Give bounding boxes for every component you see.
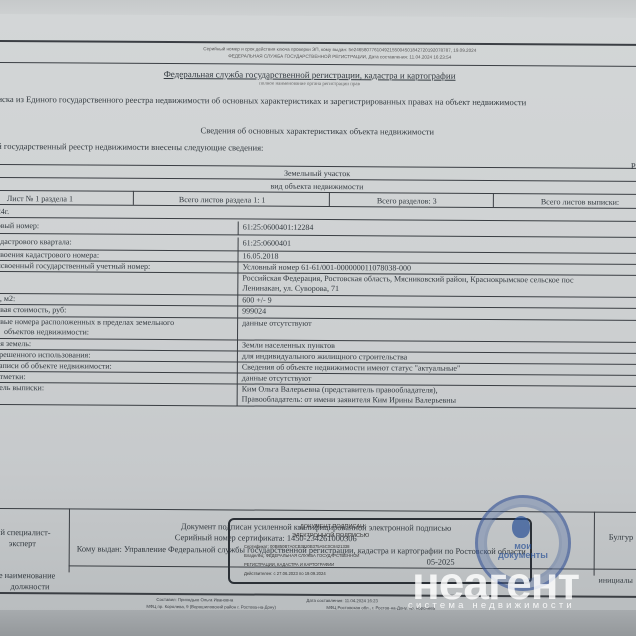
stamp-line-1: ДОКУМЕНТ ПОДПИСАН <box>300 524 364 530</box>
stamp-owner-2: РЕГИСТРАЦИИ, КАДАСТРА И КАРТОГРАФИИ <box>244 562 334 567</box>
divider <box>237 294 238 305</box>
divider <box>237 350 238 361</box>
stamp-owner: Владелец: ФЕДЕРАЛЬНАЯ СЛУЖБА ГОСУДАРСТВЕ… <box>244 553 359 558</box>
footer-date: Дата составления: 11.04.2024 16:23 <box>306 598 377 603</box>
total-sheets: Всего листов выписки: <box>541 197 619 206</box>
divider <box>237 372 238 383</box>
row-label: зрешенного использования: <box>0 350 90 360</box>
row-value-2: Ленинакан, ул. Суворова, 71 <box>242 283 339 293</box>
row-label: ия земель: <box>0 339 31 349</box>
row-value: Ким Ольга Валерьевна (представитель прав… <box>242 384 438 395</box>
row-label: тель выписки: <box>0 383 44 393</box>
divider <box>237 317 238 339</box>
row-value: для индивидуального жилищного строительс… <box>242 351 407 362</box>
title-caption-2: должности <box>10 582 49 591</box>
document-title: иска из Единого государственного реестра… <box>0 94 526 107</box>
divider <box>237 383 238 405</box>
row-value: 999024 <box>242 306 266 316</box>
row-label: овые номера расположенных в пределах зем… <box>0 317 174 328</box>
sheet-number: Лист № 1 раздела 1 <box>7 194 73 203</box>
divider <box>238 221 239 234</box>
signer-position: ый специалист- <box>0 528 51 537</box>
footer-mfc: МФЦ пр. Королева, 9 (Ворошиловский район… <box>146 604 276 610</box>
divider <box>237 261 238 272</box>
footer-composer: Составил: Приходько Ольга Ивановна <box>156 597 233 602</box>
total-sheets-section: Всего листов раздела 1: 1 <box>179 195 266 205</box>
watermark-tagline: система недвижимости <box>408 600 575 611</box>
date-row: 24г. <box>0 207 9 216</box>
divider <box>237 305 238 317</box>
divider <box>594 512 595 576</box>
divider <box>237 339 238 350</box>
agency-caption: полное наименование органа регистрации п… <box>0 80 620 89</box>
divider <box>238 237 239 250</box>
stamp-line-2: ЭЛЕКТРОННОЙ ПОДПИСЬЮ <box>292 533 369 539</box>
row-label: записи об объекте недвижимости: <box>0 361 112 371</box>
divider <box>237 250 238 261</box>
section-label: Разд <box>631 161 636 171</box>
signer-position-2: эксперт <box>9 539 36 548</box>
divider <box>493 193 494 207</box>
row-label: отметки: <box>0 372 26 382</box>
row-label: исвоенный государственный учетный номер: <box>0 261 150 271</box>
row-value: 600 +/- 9 <box>242 295 271 305</box>
esign-serial-line: Серийный номер и срок действия ключа про… <box>170 46 510 53</box>
divider <box>329 192 330 206</box>
row-value: данные отсутствуют <box>242 318 312 328</box>
row-label: ь, м2: <box>0 294 15 304</box>
divider <box>237 272 238 294</box>
esign-header-band: Серийный номер и срок действия ключа про… <box>0 40 636 67</box>
table-row: овый номер:61:25:0600401:12284 <box>0 220 636 238</box>
stamp-validity: Действителен: с 27.06.2023 по 19.09.2024 <box>244 571 326 576</box>
seal-emblem-icon <box>512 516 530 538</box>
intro-text: й государственный реестр недвижимости вн… <box>0 141 264 153</box>
row-value-2: Правообладатель: от имени заявителя Ким … <box>242 394 456 405</box>
row-value: Земли населенных пунктов <box>242 340 335 350</box>
row-label-2: объектов недвижимости: <box>4 327 89 337</box>
row-value: 61:25:0600401 <box>243 238 292 248</box>
row-label: овая стоимость, руб: <box>0 305 66 315</box>
divider <box>237 361 238 372</box>
divider <box>133 191 134 205</box>
row-value: 16.05.2018 <box>242 251 278 261</box>
initials-caption: инициалы <box>599 576 633 585</box>
title-caption: ое наименование <box>0 571 55 580</box>
page-bottom-shadow <box>0 610 636 636</box>
row-label: овый номер: <box>0 221 39 231</box>
divider <box>69 508 70 572</box>
table-row: тель выписки:Ким Ольга Валерьевна (предс… <box>0 382 636 409</box>
signer-name: Булгур <box>609 533 633 542</box>
row-value: данные отсутствуют <box>242 373 312 383</box>
total-sections: Всего разделов: 3 <box>377 196 437 205</box>
stamp-cert: Сертификат: 00B850B7A0CB3920B375A5C0C842… <box>244 544 349 549</box>
row-value: Условный номер 61-61/001-000000011078038… <box>242 262 411 273</box>
row-label: своения кадастрового номера: <box>0 250 99 260</box>
row-value: 61:25:0600401:12284 <box>243 222 314 232</box>
row-label: адастрового квартала: <box>0 237 72 247</box>
section-title: Сведения об основных характеристиках объ… <box>0 124 635 138</box>
esign-agency-line: ФЕДЕРАЛЬНАЯ СЛУЖБА ГОСУДАРСТВЕННОЙ РЕГИС… <box>170 53 510 60</box>
